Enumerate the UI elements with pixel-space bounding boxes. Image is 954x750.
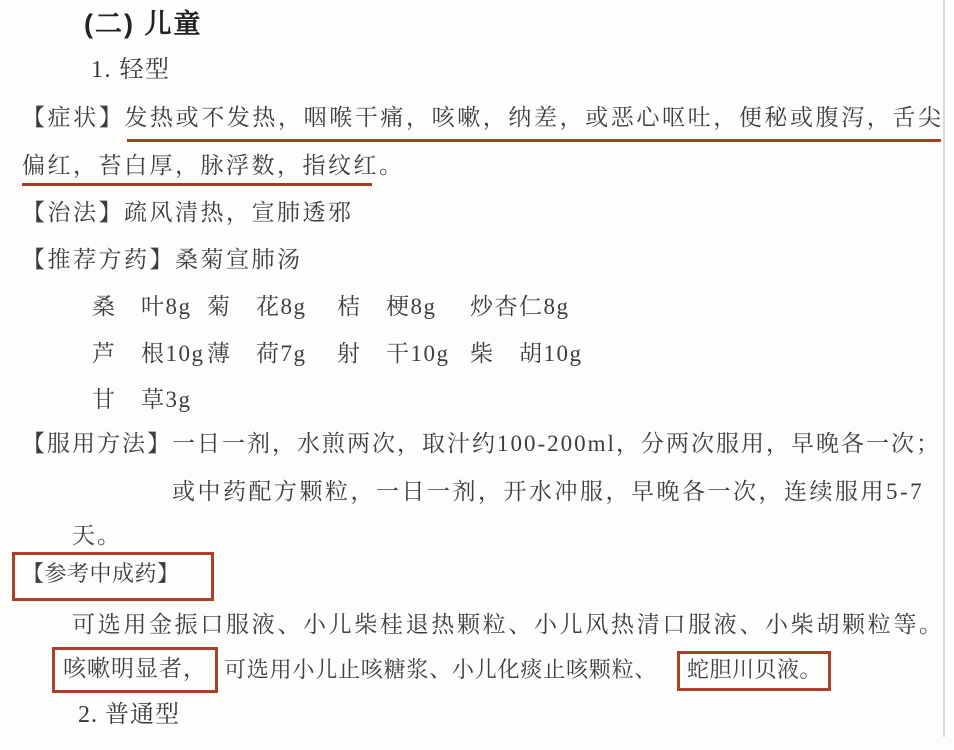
herb-cell: 炒杏仁8g	[470, 291, 570, 323]
cough-note-label: 咳嗽明显者，	[63, 653, 207, 685]
herb-cell: 射 干10g	[337, 338, 450, 370]
symptoms-underline-2	[22, 183, 372, 186]
herb-cell: 薄 荷7g	[207, 338, 307, 370]
usage-line-1: 【服用方法】一日一剂，水煎两次，取汁约100-200ml，分两次服用，早晚各一次…	[22, 428, 941, 460]
cough-drugs-line: 可选用小儿止咳糖浆、小儿化痰止咳颗粒、	[224, 654, 657, 686]
herb-cell: 甘 草3g	[92, 384, 192, 416]
formula-line: 【推荐方药】桑菊宣肺汤	[22, 244, 303, 276]
subsection-1-title: 1. 轻型	[91, 54, 171, 86]
usage-line-3: 天。	[72, 520, 122, 552]
herb-cell: 桔 梗8g	[337, 291, 437, 323]
herb-cell: 桑 叶8g	[92, 291, 192, 323]
document-page: (二) 儿童 1. 轻型 【症状】发热或不发热，咽喉干痛，咳嗽，纳差，或恶心呕吐…	[0, 0, 954, 750]
symptoms-line-2: 偏红，苔白厚，脉浮数，指纹红。	[22, 150, 405, 182]
herb-cell: 柴 胡10g	[470, 338, 583, 370]
patent-drugs-line: 可选用金振口服液、小儿柴桂退热颗粒、小儿风热清口服液、小柴胡颗粒等。	[72, 609, 942, 641]
subsection-2-title: 2. 普通型	[78, 699, 180, 731]
symptoms-underline-1	[127, 139, 941, 142]
treatment-line: 【治法】疏风清热，宣肺透邪	[22, 197, 354, 229]
herb-cell: 芦 根10g	[92, 338, 205, 370]
symptoms-line-1: 【症状】发热或不发热，咽喉干痛，咳嗽，纳差，或恶心呕吐，便秘或腹泻，舌尖	[22, 102, 941, 134]
usage-line-2: 或中药配方颗粒，一日一剂，开水冲服，早晚各一次，连续服用5-7	[172, 476, 924, 508]
section-heading: (二) 儿童	[84, 8, 202, 40]
page-edge-line	[943, 0, 945, 737]
herb-cell: 菊 花8g	[207, 291, 307, 323]
shedan-chuanbei-label: 蛇胆川贝液。	[687, 654, 822, 686]
patent-drugs-label: 【参考中成药】	[22, 558, 180, 590]
